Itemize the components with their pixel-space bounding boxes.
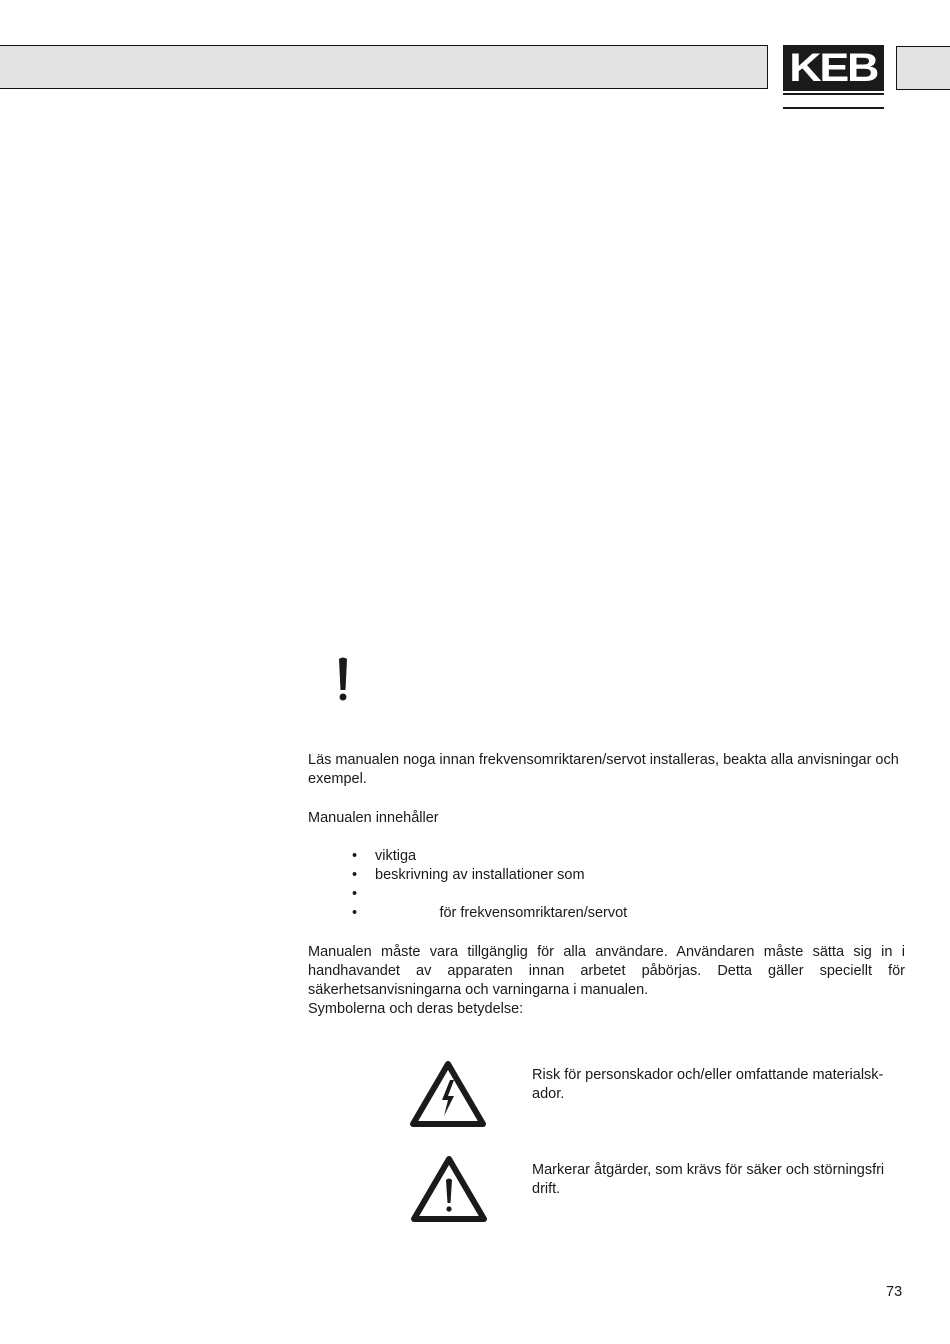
exclamation-icon [336, 656, 350, 702]
availability-paragraph: Manualen måste vara tillgänglig för alla… [308, 943, 905, 1000]
list-item: •beskrivning av installationer som [352, 866, 627, 885]
header-bar-right [896, 46, 950, 90]
logo-underline [783, 93, 884, 95]
symbol-description: Risk för personskador och/eller omfattan… [532, 1066, 905, 1104]
bullet-icon: • [352, 866, 357, 885]
header-bar-left [0, 45, 768, 89]
list-item: • [352, 885, 627, 904]
bullet-icon: • [352, 885, 357, 904]
contents-list: •viktiga •beskrivning av installationer … [352, 847, 627, 923]
contents-heading: Manualen innehåller [308, 809, 905, 828]
general-warning-icon [411, 1155, 487, 1223]
bullet-icon: • [352, 904, 357, 923]
symbols-heading: Symbolerna och deras betydelse: [308, 1000, 905, 1019]
logo-text: KEB [790, 48, 878, 88]
list-item: •viktiga [352, 847, 627, 866]
keb-logo: KEB [783, 45, 884, 91]
page-number: 73 [886, 1284, 902, 1300]
logo-rule [783, 107, 884, 109]
list-item: • för frekvensomriktaren/servot [352, 904, 627, 923]
bullet-icon: • [352, 847, 357, 866]
symbol-description: Markerar åtgärder, som krävs för säker o… [532, 1161, 905, 1199]
intro-paragraph: Läs manualen noga innan frekvensomriktar… [308, 751, 905, 789]
electric-hazard-warning-icon [410, 1060, 486, 1128]
